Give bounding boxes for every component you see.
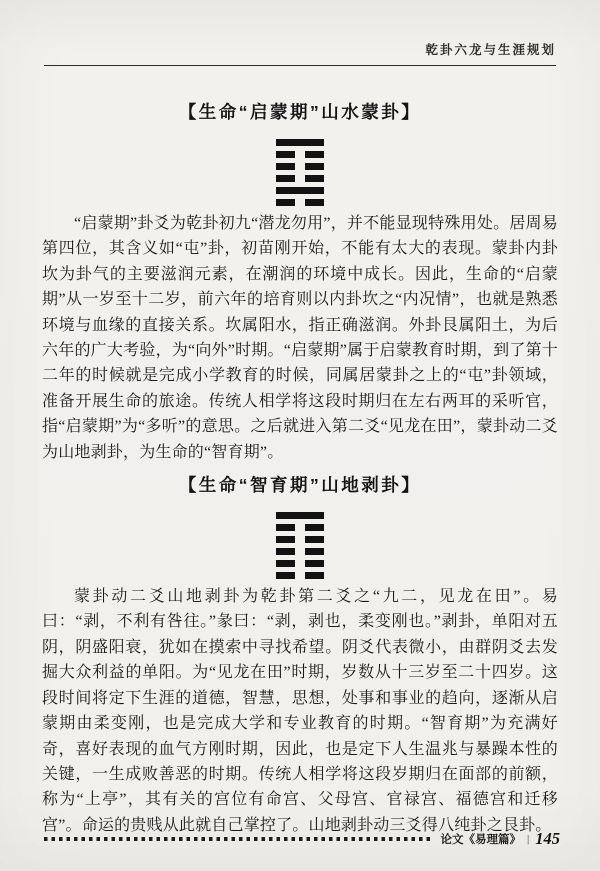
hexagram-shanshui-meng-icon [276, 139, 324, 206]
section-zhiyu: 【生命“智育期”山地剥卦】 蒙卦动二爻山地剥卦为乾卦第二爻之“九二，见龙在田”。… [0, 472, 600, 838]
hexagram-line-yin [276, 151, 324, 158]
section-qimeng: 【生命“启蒙期”山水蒙卦】 “启蒙期”卦爻为乾卦初九“潜龙勿用”，并不能显现特殊… [0, 99, 600, 465]
section-title-qimeng: 【生命“启蒙期”山水蒙卦】 [0, 99, 600, 124]
footer-dotted-leader [44, 837, 432, 841]
page-footer: 论文《易理篇》 | 145 [44, 829, 560, 849]
running-head: 乾卦六龙与生涯规划 [44, 40, 556, 58]
hexagram-line-yin [276, 199, 324, 206]
footer-book-label: 论文《易理篇》 [441, 831, 522, 847]
hexagram-line-yin [276, 524, 324, 531]
section-title-zhiyu: 【生命“智育期”山地剥卦】 [0, 472, 600, 497]
hexagram-line-yang [276, 187, 324, 194]
hexagram-line-yin [276, 560, 324, 567]
hexagram-line-yang [276, 512, 324, 519]
page-header: 乾卦六龙与生涯规划 [0, 0, 600, 66]
book-page: 乾卦六龙与生涯规划 【生命“启蒙期”山水蒙卦】 “启蒙期”卦爻为乾卦初九“潜龙勿… [0, 0, 600, 871]
hexagram-line-yin [276, 548, 324, 555]
hexagram-line-yang [276, 139, 324, 146]
paragraph-qimeng: “启蒙期”卦爻为乾卦初九“潜龙勿用”，并不能显现特殊用处。居周易第四位，其含义如… [42, 211, 558, 465]
page-number: 145 [535, 829, 560, 849]
hexagram-line-yin [276, 536, 324, 543]
paragraph-zhiyu: 蒙卦动二爻山地剥卦为乾卦第二爻之“九二，见龙在田”。易曰：“剥，不利有咎往。”彖… [42, 584, 558, 838]
header-rule [44, 65, 556, 66]
hexagram-shandi-bo-icon [276, 512, 324, 579]
hexagram-line-yin [276, 163, 324, 170]
hexagram-line-yin [276, 175, 324, 182]
hexagram-line-yin [276, 572, 324, 579]
footer-separator: | [527, 833, 529, 845]
